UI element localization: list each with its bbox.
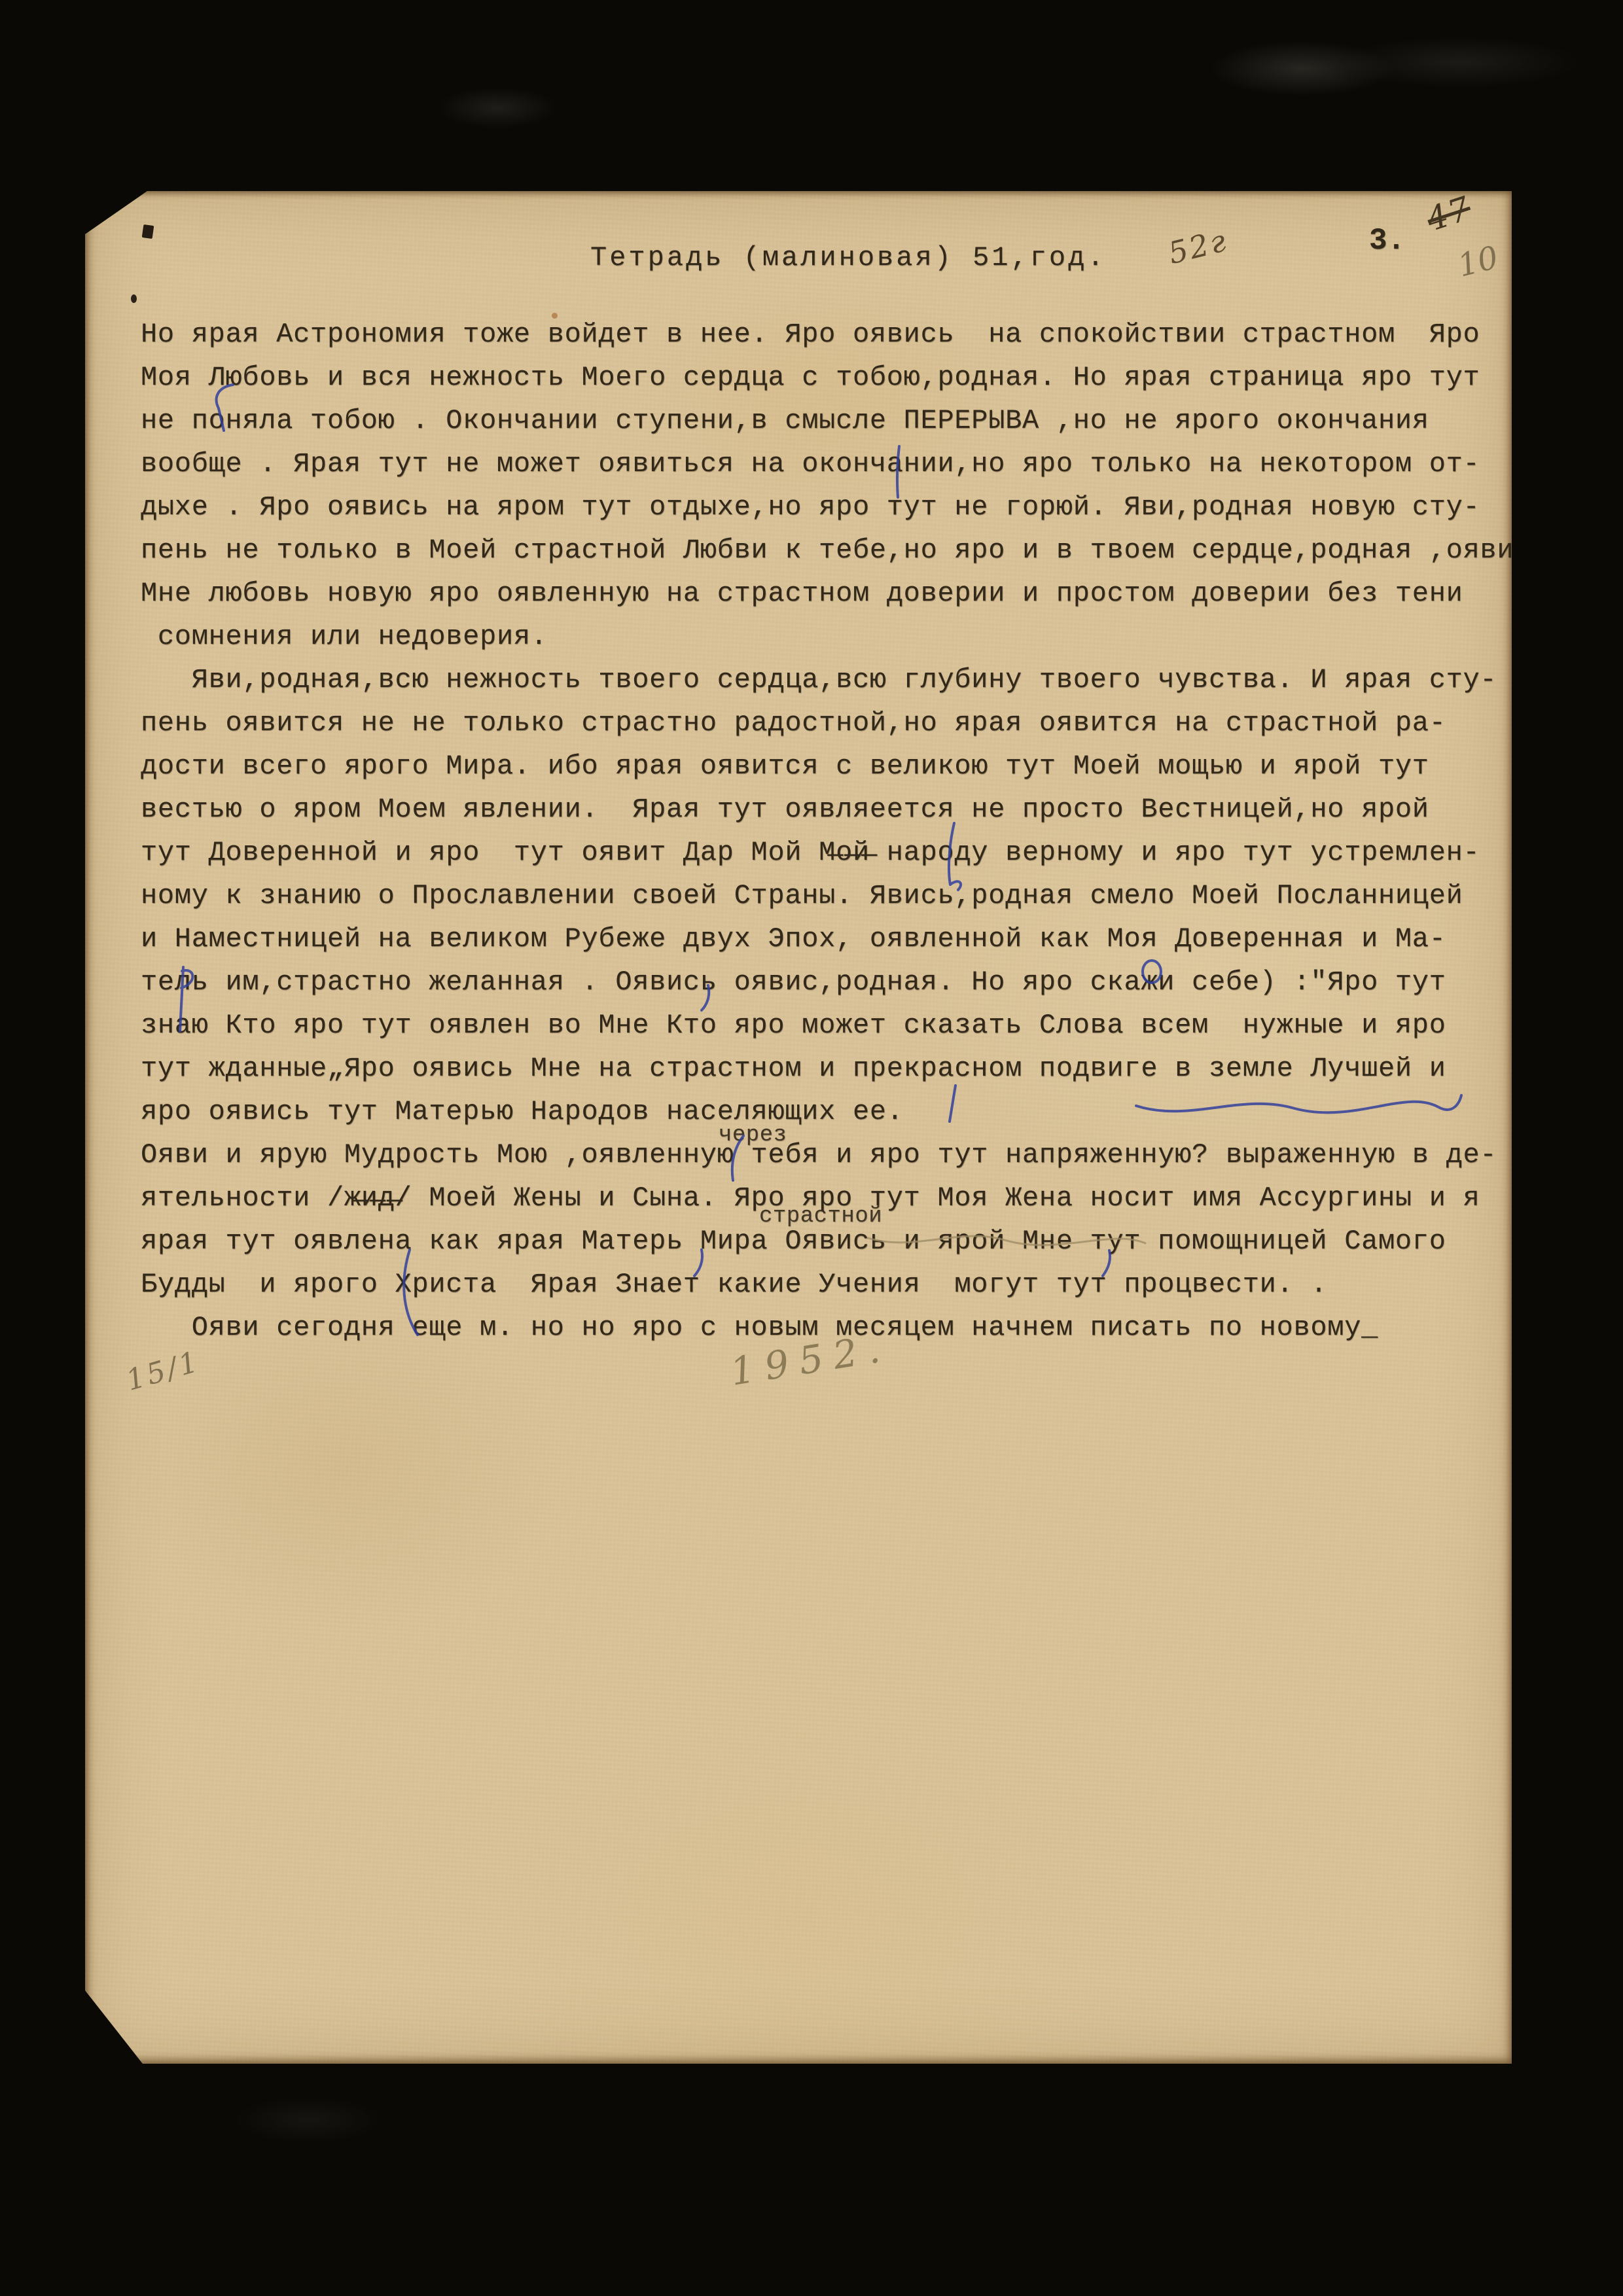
typed-line: дыхе . Яро оявись на яром тут отдыхе,но … xyxy=(141,486,1508,529)
ink-blot xyxy=(142,224,154,239)
typed-text-block: Но ярая Астрономия тоже войдет в нее. Яр… xyxy=(141,313,1508,1349)
crossed-out-number: 47 xyxy=(1422,189,1476,239)
typed-line: тель им,страстно желанная . Оявись оявис… xyxy=(141,961,1508,1004)
ink-speck xyxy=(131,294,137,303)
typed-line: Но ярая Астрономия тоже войдет в нее. Яр… xyxy=(141,313,1508,356)
typed-line: пень не только в Моей страстной Любви к … xyxy=(141,529,1508,572)
document-page: Тетрадь (малиновая) 51,год. 3. 52г 47 10… xyxy=(85,191,1512,2064)
typed-line: не поняла тобою . Окончании ступени,в см… xyxy=(141,399,1508,442)
typed-line: вообще . Ярая тут не может оявиться на о… xyxy=(141,442,1508,486)
pencil-date-note: 15/1 xyxy=(122,1345,204,1398)
pencil-squiggle xyxy=(863,1216,1150,1258)
typed-line: Мне любовь новую яро оявленную на страст… xyxy=(141,572,1508,615)
typed-line: Будды и ярого Христа Ярая Знает какие Уч… xyxy=(141,1263,1508,1306)
ink-tick-mark xyxy=(891,444,906,501)
typed-line: знаю Кто яро тут оявлен во Мне Кто яро м… xyxy=(141,1004,1508,1047)
ink-slash-mark xyxy=(946,1082,961,1127)
ink-letter-r-correction xyxy=(162,961,202,1039)
ink-long-stroke xyxy=(391,1245,437,1339)
scan-background: Тетрадь (малиновая) 51,год. 3. 52г 47 10… xyxy=(0,0,1623,2296)
typed-line: сомнения или недоверия. xyxy=(141,615,1508,658)
typed-line: Моя Любовь и вся нежность Моего сердца с… xyxy=(141,356,1508,399)
typed-line: пень оявится не не только страстно радос… xyxy=(141,701,1508,745)
ink-circle-mark xyxy=(1137,955,1166,988)
typed-line: Яви,родная,всю нежность твоего сердца,вс… xyxy=(141,658,1508,701)
typed-line: дости всего ярого Мира. ибо ярая оявится… xyxy=(141,745,1508,788)
typed-line: и Наместницей на великом Рубеже двух Эпо… xyxy=(141,917,1508,961)
ink-insertion-caret xyxy=(721,1132,749,1184)
ink-comma-mark xyxy=(699,981,715,1014)
typed-line: Ояви и ярую Мудрость Мою ,оявленную тебя… xyxy=(141,1133,1508,1176)
handwritten-year-note: 52г xyxy=(1165,222,1231,271)
ink-correction-hook xyxy=(208,380,244,435)
typed-line: тут Доверенной и яро тут оявит Дар Мой М… xyxy=(141,831,1508,874)
typed-line: ному к знанию о Прославлении своей Стран… xyxy=(141,874,1508,917)
pencil-number: 10 xyxy=(1454,239,1502,284)
ink-wavy-underline xyxy=(1131,1081,1468,1132)
typed-line: вестью о яром Моем явлении. Ярая тут ояв… xyxy=(141,788,1508,831)
notebook-title: Тетрадь (малиновая) 51,год. xyxy=(590,242,1107,274)
ink-comma-after-mira xyxy=(692,1246,708,1280)
page-number: 3. xyxy=(1369,224,1405,258)
ink-soft-sign-correction xyxy=(936,819,972,894)
